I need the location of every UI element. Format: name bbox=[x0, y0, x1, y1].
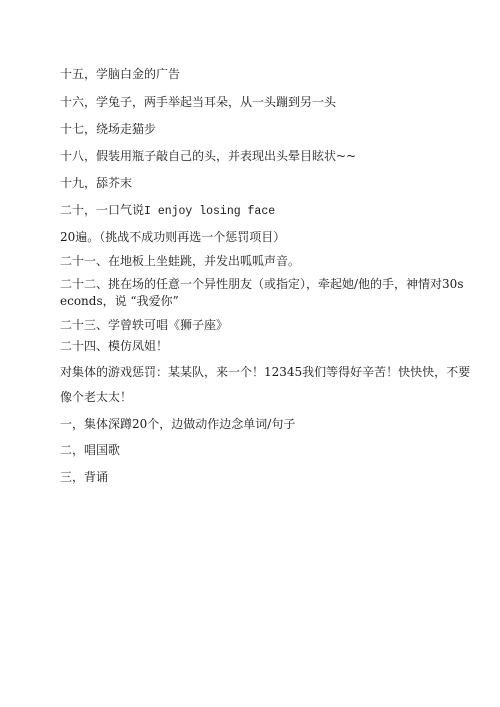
item-18: 十八，假装用瓶子敲自己的头，并表现出头晕目眩状~~ bbox=[60, 149, 356, 163]
item-19: 十九，舔芥末 bbox=[60, 176, 132, 190]
group-penalty-intro: 对集体的游戏惩罚：某某队，来一个！12345我们等得好辛苦！快快快，不要 bbox=[60, 365, 470, 379]
group-item-1: 一，集体深蹲20个，边做动作边念单词/句子 bbox=[60, 417, 295, 431]
item-24: 二十四、模仿凤姐！ bbox=[60, 339, 168, 353]
item-20-english: I enjoy losing face bbox=[144, 205, 275, 218]
item-17: 十七，绕场走猫步 bbox=[60, 122, 156, 136]
group-item-2: 二，唱国歌 bbox=[60, 443, 120, 457]
item-22: 二十二、挑在场的任意一个异性朋友（或指定），牵起她/他的手，神情对30s bbox=[60, 277, 463, 291]
group-penalty-intro-continued: 像个老太太！ bbox=[60, 390, 132, 404]
item-23: 二十三、学曾轶可唱《狮子座》 bbox=[60, 318, 228, 332]
item-20-text: 二十，一口气说 bbox=[60, 203, 144, 217]
item-20-continued: 20遍。（挑战不成功则再选一个惩罚项目） bbox=[60, 230, 285, 244]
group-item-3: 三，背诵 bbox=[60, 470, 108, 484]
item-20: 二十，一口气说I enjoy losing face bbox=[60, 203, 275, 219]
item-15: 十五，学脑白金的广告 bbox=[60, 67, 180, 81]
item-21: 二十一、在地板上坐蛙跳，并发出呱呱声音。 bbox=[60, 254, 300, 268]
item-16: 十六，学兔子，两手举起当耳朵，从一头蹦到另一头 bbox=[60, 95, 336, 109]
item-22-continued: econds，说 “我爱你” bbox=[60, 294, 179, 308]
